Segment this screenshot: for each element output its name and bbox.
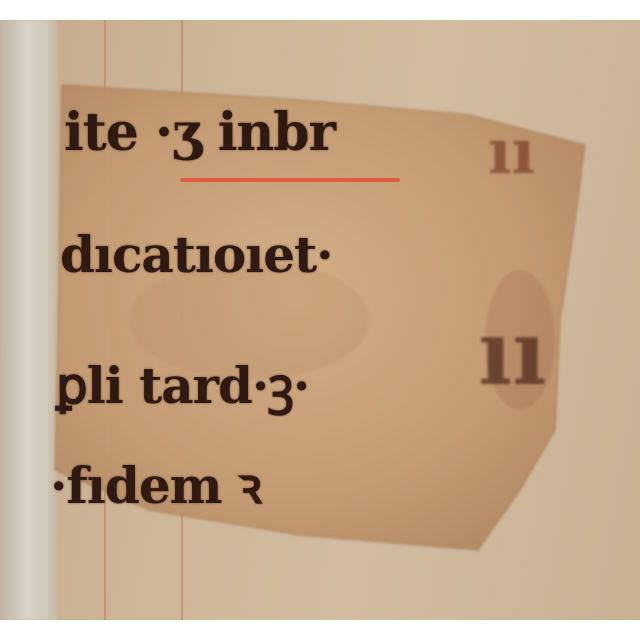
rubric-underline (180, 178, 400, 182)
photograph: ite ·ӡ inbr dıcatıoıet· ꝑli tard·ꝫ· ·fıd… (0, 20, 640, 620)
script-line-2: dıcatıoıet· (60, 225, 333, 284)
script-line-1: ite ·ӡ inbr (64, 102, 335, 163)
script-line-3: ꝑli tard·ꝫ· (56, 350, 309, 418)
script-line-4: ·fıdem ꝛ (50, 450, 261, 518)
faded-text-middle: ıı (478, 300, 546, 406)
faded-text-top: ıı (488, 115, 535, 188)
